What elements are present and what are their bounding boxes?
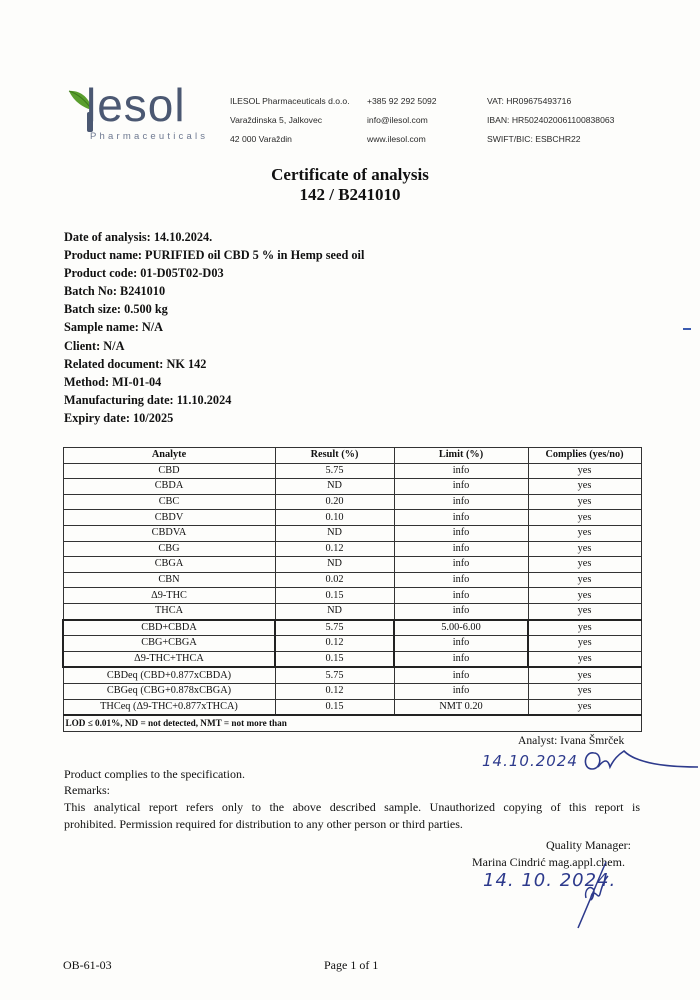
cell-analyte: CBG <box>63 541 275 557</box>
company-vat: VAT: HR09675493716 <box>487 92 614 111</box>
cell-result: 5.75 <box>275 463 394 479</box>
info-manufacturing-date: Manufacturing date: 11.10.2024 <box>64 391 364 409</box>
company-name: ILESOL Pharmaceuticals d.o.o. <box>230 92 350 111</box>
cell-analyte: CBGA <box>63 557 275 573</box>
cell-limit: info <box>394 683 528 699</box>
table-row: THCeq (Δ9-THC+0.877xTHCA)0.15NMT 0.20yes <box>63 699 641 715</box>
cell-limit: info <box>394 479 528 495</box>
remarks-label: Remarks: <box>64 782 110 799</box>
disclaimer-text: This analytical report refers only to th… <box>64 799 640 833</box>
cell-result: 0.12 <box>275 636 394 652</box>
header-limit: Limit (%) <box>394 448 528 464</box>
cell-result: ND <box>275 603 394 619</box>
analyst-signature-icon <box>580 745 700 775</box>
page-number: Page 1 of 1 <box>324 958 378 973</box>
cell-complies: yes <box>528 557 641 573</box>
cell-analyte: CBD+CBDA <box>63 620 275 636</box>
cell-limit: info <box>394 603 528 619</box>
info-product-code: Product code: 01-D05T02-D03 <box>64 264 364 282</box>
header-result: Result (%) <box>275 448 394 464</box>
cell-limit: info <box>394 667 528 683</box>
document-number: 142 / B241010 <box>0 185 700 205</box>
cell-analyte: THCeq (Δ9-THC+0.877xTHCA) <box>63 699 275 715</box>
cell-result: ND <box>275 557 394 573</box>
cell-limit: 5.00-6.00 <box>394 620 528 636</box>
cell-complies: yes <box>528 525 641 541</box>
cell-analyte: CBC <box>63 494 275 510</box>
cell-complies: yes <box>528 651 641 667</box>
cell-limit: info <box>394 510 528 526</box>
cell-complies: yes <box>528 510 641 526</box>
disclaimer-line-2: prohibited. Permission required for dist… <box>64 816 640 833</box>
cell-complies: yes <box>528 463 641 479</box>
cell-complies: yes <box>528 494 641 510</box>
cell-complies: yes <box>528 699 641 715</box>
info-sample-name: Sample name: N/A <box>64 318 364 336</box>
cell-result: 5.75 <box>275 667 394 683</box>
cell-limit: info <box>394 541 528 557</box>
header-complies: Complies (yes/no) <box>528 448 641 464</box>
table-row: CBDANDinfoyes <box>63 479 641 495</box>
table-row: THCANDinfoyes <box>63 603 641 619</box>
cell-complies: yes <box>528 541 641 557</box>
address-line-2: 42 000 Varaždin <box>230 130 350 149</box>
company-swift: SWIFT/BIC: ESBCHR22 <box>487 130 614 149</box>
disclaimer-line-1: This analytical report refers only to th… <box>64 799 640 816</box>
cell-analyte: CBN <box>63 572 275 588</box>
table-row: CBN0.02infoyes <box>63 572 641 588</box>
info-batch-no: Batch No: B241010 <box>64 282 364 300</box>
cell-analyte: CBDV <box>63 510 275 526</box>
cell-result: 0.15 <box>275 588 394 604</box>
company-logo: lesol Pharmaceuticals <box>68 86 208 146</box>
cell-limit: info <box>394 463 528 479</box>
cell-limit: NMT 0.20 <box>394 699 528 715</box>
table-row: CBDVANDinfoyes <box>63 525 641 541</box>
table-row: CBG+CBGA0.12infoyes <box>63 636 641 652</box>
table-row: CBDeq (CBD+0.877xCBDA)5.75infoyes <box>63 667 641 683</box>
cell-result: 0.12 <box>275 683 394 699</box>
product-info: Date of analysis: 14.10.2024. Product na… <box>64 228 364 427</box>
cell-limit: info <box>394 557 528 573</box>
company-bank-details: VAT: HR09675493716 IBAN: HR5024020061100… <box>487 92 614 149</box>
cell-complies: yes <box>528 683 641 699</box>
cell-analyte: CBDA <box>63 479 275 495</box>
table-row: CBD+CBDA5.755.00-6.00yes <box>63 620 641 636</box>
company-email: info@ilesol.com <box>367 111 437 130</box>
company-website: www.ilesol.com <box>367 130 437 149</box>
cell-complies: yes <box>528 479 641 495</box>
cell-limit: info <box>394 525 528 541</box>
cell-complies: yes <box>528 636 641 652</box>
cell-analyte: CBD <box>63 463 275 479</box>
cell-analyte: CBG+CBGA <box>63 636 275 652</box>
company-contact: +385 92 292 5092 info@ilesol.com www.ile… <box>367 92 437 149</box>
cell-result: 0.15 <box>275 651 394 667</box>
info-expiry-date: Expiry date: 10/2025 <box>64 409 364 427</box>
logo-wordmark: lesol <box>86 78 186 132</box>
table-row: CBGANDinfoyes <box>63 557 641 573</box>
cell-analyte: Δ9-THC <box>63 588 275 604</box>
table-note-row: LOD ≤ 0.01%, ND = not detected, NMT = no… <box>63 715 641 731</box>
cell-analyte: Δ9-THC+THCA <box>63 651 275 667</box>
analyst-signature-date: 14.10.2024 <box>482 752 578 770</box>
cell-analyte: THCA <box>63 603 275 619</box>
cell-result: ND <box>275 525 394 541</box>
table-row: CBGeq (CBG+0.878xCBGA)0.12infoyes <box>63 683 641 699</box>
table-note: LOD ≤ 0.01%, ND = not detected, NMT = no… <box>63 715 641 731</box>
address-line-1: Varaždinska 5, Jalkovec <box>230 111 350 130</box>
quality-manager-signature-icon <box>568 860 618 930</box>
info-product-name: Product name: PURIFIED oil CBD 5 % in He… <box>64 246 364 264</box>
cell-complies: yes <box>528 603 641 619</box>
cell-complies: yes <box>528 667 641 683</box>
header-analyte: Analyte <box>63 448 275 464</box>
quality-manager-title: Quality Manager: <box>546 838 631 853</box>
form-code: OB-61-03 <box>63 958 112 973</box>
info-related-document: Related document: NK 142 <box>64 355 364 373</box>
cell-limit: info <box>394 651 528 667</box>
results-table: Analyte Result (%) Limit (%) Complies (y… <box>62 447 642 732</box>
conclusion-text: Product complies to the specification. <box>64 766 245 783</box>
cell-analyte: CBDVA <box>63 525 275 541</box>
cell-limit: info <box>394 588 528 604</box>
cell-complies: yes <box>528 620 641 636</box>
table-row: CBG0.12infoyes <box>63 541 641 557</box>
info-date-of-analysis: Date of analysis: 14.10.2024. <box>64 228 364 246</box>
cell-complies: yes <box>528 572 641 588</box>
scan-mark <box>683 328 691 330</box>
cell-complies: yes <box>528 588 641 604</box>
company-phone: +385 92 292 5092 <box>367 92 437 111</box>
table-row: Δ9-THC0.15infoyes <box>63 588 641 604</box>
document-title-block: Certificate of analysis 142 / B241010 <box>0 165 700 205</box>
logo-subtitle: Pharmaceuticals <box>90 131 208 142</box>
info-client: Client: N/A <box>64 337 364 355</box>
table-body: CBD5.75infoyesCBDANDinfoyesCBC0.20infoye… <box>63 463 641 715</box>
cell-result: 0.20 <box>275 494 394 510</box>
cell-result: ND <box>275 479 394 495</box>
cell-limit: info <box>394 572 528 588</box>
company-iban: IBAN: HR5024020061100838063 <box>487 111 614 130</box>
table-header-row: Analyte Result (%) Limit (%) Complies (y… <box>63 448 641 464</box>
cell-analyte: CBDeq (CBD+0.877xCBDA) <box>63 667 275 683</box>
cell-result: 0.02 <box>275 572 394 588</box>
cell-result: 5.75 <box>275 620 394 636</box>
cell-result: 0.10 <box>275 510 394 526</box>
cell-result: 0.12 <box>275 541 394 557</box>
table-row: Δ9-THC+THCA0.15infoyes <box>63 651 641 667</box>
table-row: CBDV0.10infoyes <box>63 510 641 526</box>
info-batch-size: Batch size: 0.500 kg <box>64 300 364 318</box>
cell-limit: info <box>394 636 528 652</box>
table-row: CBD5.75infoyes <box>63 463 641 479</box>
cell-analyte: CBGeq (CBG+0.878xCBGA) <box>63 683 275 699</box>
company-address: ILESOL Pharmaceuticals d.o.o. Varaždinsk… <box>230 92 350 149</box>
table-row: CBC0.20infoyes <box>63 494 641 510</box>
cell-limit: info <box>394 494 528 510</box>
info-method: Method: MI-01-04 <box>64 373 364 391</box>
cell-result: 0.15 <box>275 699 394 715</box>
document-title: Certificate of analysis <box>0 165 700 185</box>
